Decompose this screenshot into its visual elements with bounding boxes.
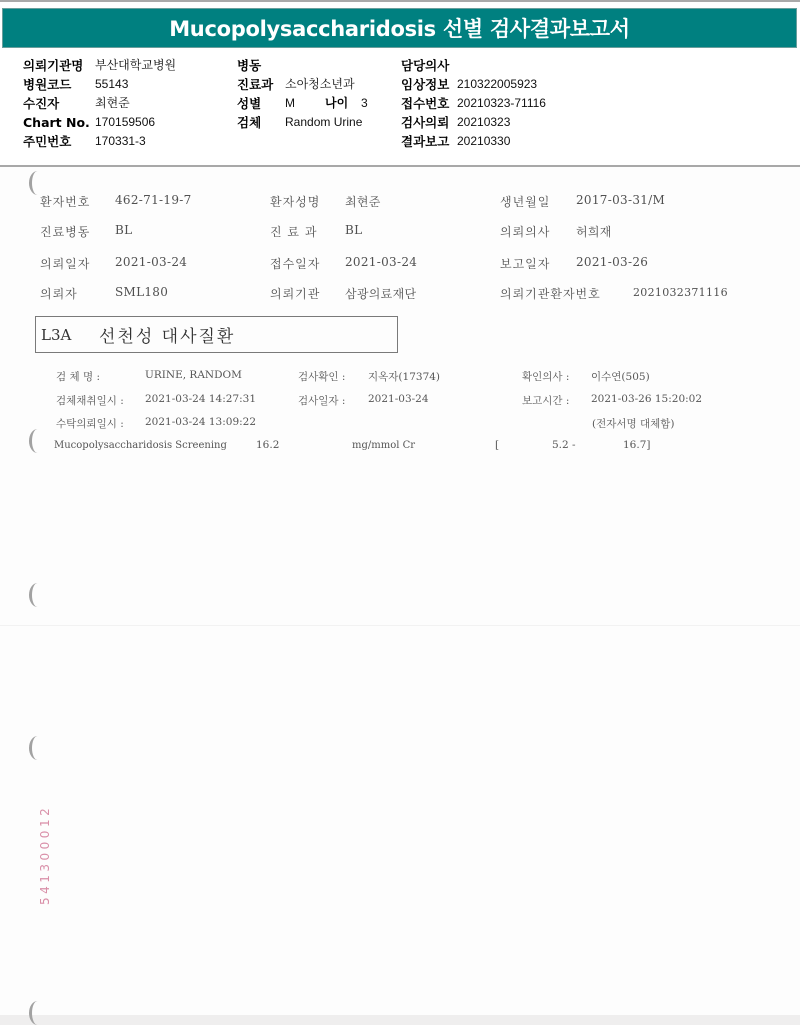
value-receipt-date: 2021-03-24 <box>345 255 417 269</box>
value-confirming-doctor: 이수연(505) <box>591 369 650 384</box>
field-hospital-code: 병원코드55143 <box>23 75 176 94</box>
value-report-time: 2021-03-26 15:20:02 <box>591 393 702 405</box>
section-name: 선천성 대사질환 <box>99 322 235 347</box>
field-result-report: 결과보고20210330 <box>401 132 546 151</box>
punch-hole-icon <box>29 171 46 195</box>
label: 접수번호 <box>401 94 457 113</box>
label: 병원코드 <box>23 75 95 94</box>
value: 170159506 <box>95 113 155 132</box>
label-requester: 의뢰자 <box>40 285 78 302</box>
value-department: BL <box>345 223 362 237</box>
label-test-date: 검사일자 : <box>298 393 345 408</box>
header-left-column: 의뢰기관명부산대학교병원 병원코드55143 수진자최현준 Chart No.1… <box>23 56 176 151</box>
label: 수진자 <box>23 94 95 113</box>
value-birthdate: 2017-03-31/M <box>576 193 665 207</box>
label-test-confirm: 검사확인 : <box>298 369 345 384</box>
field-clinical-info: 임상정보210322005923 <box>401 75 546 94</box>
value-report-date: 2021-03-26 <box>576 255 648 269</box>
field-receipt-no: 접수번호20210323-71116 <box>401 94 546 113</box>
label-request-date: 의뢰일자 <box>40 255 90 272</box>
label: 성별 <box>237 94 285 113</box>
punch-hole-icon <box>29 583 46 607</box>
field-chart-no: Chart No.170159506 <box>23 113 176 132</box>
label-ward: 진료병동 <box>40 223 90 240</box>
label-patient-name: 환자성명 <box>270 193 320 210</box>
page-fold-line <box>0 625 800 626</box>
value-requesting-institution: 삼광의료재단 <box>345 285 416 302</box>
value-institution-patient-no: 2021032371116 <box>633 286 728 299</box>
value-test-date: 2021-03-24 <box>368 393 429 405</box>
label: Chart No. <box>23 113 95 132</box>
value-referring-doctor: 허희재 <box>576 223 612 240</box>
result-unit: mg/mmol Cr <box>352 440 415 451</box>
label: 담당의사 <box>401 56 457 75</box>
signature-note: (전자서명 대체함) <box>592 416 675 431</box>
report-title-bar: Mucopolysaccharidosis 선별 검사결과보고서 <box>2 8 797 48</box>
field-institution: 의뢰기관명부산대학교병원 <box>23 56 176 75</box>
section-code: L3A <box>41 326 99 344</box>
label-report-time: 보고시간 : <box>522 393 569 408</box>
value-test-confirm: 지옥자(17374) <box>368 369 440 384</box>
value-patient-name: 최현준 <box>345 193 381 210</box>
value: 최현준 <box>95 94 130 113</box>
label: 결과보고 <box>401 132 457 151</box>
value: 210322005923 <box>457 75 537 94</box>
label-request-time: 수탁의뢰일시 : <box>56 416 124 431</box>
label-institution-patient-no: 의뢰기관환자번호 <box>500 285 601 302</box>
label: 의뢰기관명 <box>23 56 95 75</box>
barcode-number: 541300012 <box>38 805 52 905</box>
label-specimen: 검 체 명 : <box>56 369 100 384</box>
label: 임상정보 <box>401 75 457 94</box>
punch-hole-icon <box>29 429 46 453</box>
field-specimen: 검체Random Urine <box>237 113 368 132</box>
label: 병동 <box>237 56 285 75</box>
label: 검체 <box>237 113 285 132</box>
value: 20210323 <box>457 113 510 132</box>
field-ward: 병동 <box>237 56 368 75</box>
label-referring-doctor: 의뢰의사 <box>500 223 550 240</box>
value: 부산대학교병원 <box>95 56 176 75</box>
value: 소아청소년과 <box>285 75 355 94</box>
field-department: 진료과소아청소년과 <box>237 75 368 94</box>
report-title: Mucopolysaccharidosis 선별 검사결과보고서 <box>169 13 630 43</box>
result-value: 16.2 <box>256 439 279 451</box>
field-attending: 담당의사 <box>401 56 546 75</box>
punch-hole-icon <box>29 1001 46 1025</box>
field-resident-no: 주민번호170331-3 <box>23 132 176 151</box>
result-ref-high: 16.7] <box>623 439 650 451</box>
label-requesting-institution: 의뢰기관 <box>270 285 320 302</box>
result-ref-low: 5.2 - <box>552 439 576 451</box>
label-receipt-date: 접수일자 <box>270 255 320 272</box>
scanned-report: 환자번호 462-71-19-7 환자성명 최현준 생년월일 2017-03-3… <box>0 167 800 1015</box>
report-header-card: Mucopolysaccharidosis 선별 검사결과보고서 의뢰기관명부산… <box>0 2 800 167</box>
value: 20210323-71116 <box>457 94 546 113</box>
label: 진료과 <box>237 75 285 94</box>
value-patient-no: 462-71-19-7 <box>115 193 192 207</box>
label: 주민번호 <box>23 132 95 151</box>
section-header-box: L3A 선천성 대사질환 <box>35 316 398 353</box>
label-report-date: 보고일자 <box>500 255 550 272</box>
value: 170331-3 <box>95 132 146 151</box>
value: M <box>285 94 295 113</box>
field-sex-age: 성별M나이3 <box>237 94 368 113</box>
value-collection-time: 2021-03-24 14:27:31 <box>145 393 256 405</box>
header-right-column: 담당의사 임상정보210322005923 접수번호20210323-71116… <box>401 56 546 151</box>
label-birthdate: 생년월일 <box>500 193 550 210</box>
header-middle-column: 병동 진료과소아청소년과 성별M나이3 검체Random Urine <box>237 56 368 132</box>
label-collection-time: 검체채취일시 : <box>56 393 124 408</box>
value-specimen: URINE, RANDOM <box>145 369 242 381</box>
age-label: 나이 <box>325 94 361 113</box>
result-test-name: Mucopolysaccharidosis Screening <box>54 440 227 451</box>
punch-hole-icon <box>29 736 46 760</box>
field-test-request: 검사의뢰20210323 <box>401 113 546 132</box>
result-ref-open: [ <box>495 439 499 451</box>
value-ward: BL <box>115 223 132 237</box>
label-patient-no: 환자번호 <box>40 193 90 210</box>
value-requester: SML180 <box>115 285 168 299</box>
label: 검사의뢰 <box>401 113 457 132</box>
value: 55143 <box>95 75 128 94</box>
label-confirming-doctor: 확인의사 : <box>522 369 569 384</box>
value: Random Urine <box>285 113 362 132</box>
value-request-date: 2021-03-24 <box>115 255 187 269</box>
age-value: 3 <box>361 94 368 113</box>
value: 20210330 <box>457 132 510 151</box>
field-patient: 수진자최현준 <box>23 94 176 113</box>
value-request-time: 2021-03-24 13:09:22 <box>145 416 256 428</box>
label-department: 진 료 과 <box>270 223 317 240</box>
